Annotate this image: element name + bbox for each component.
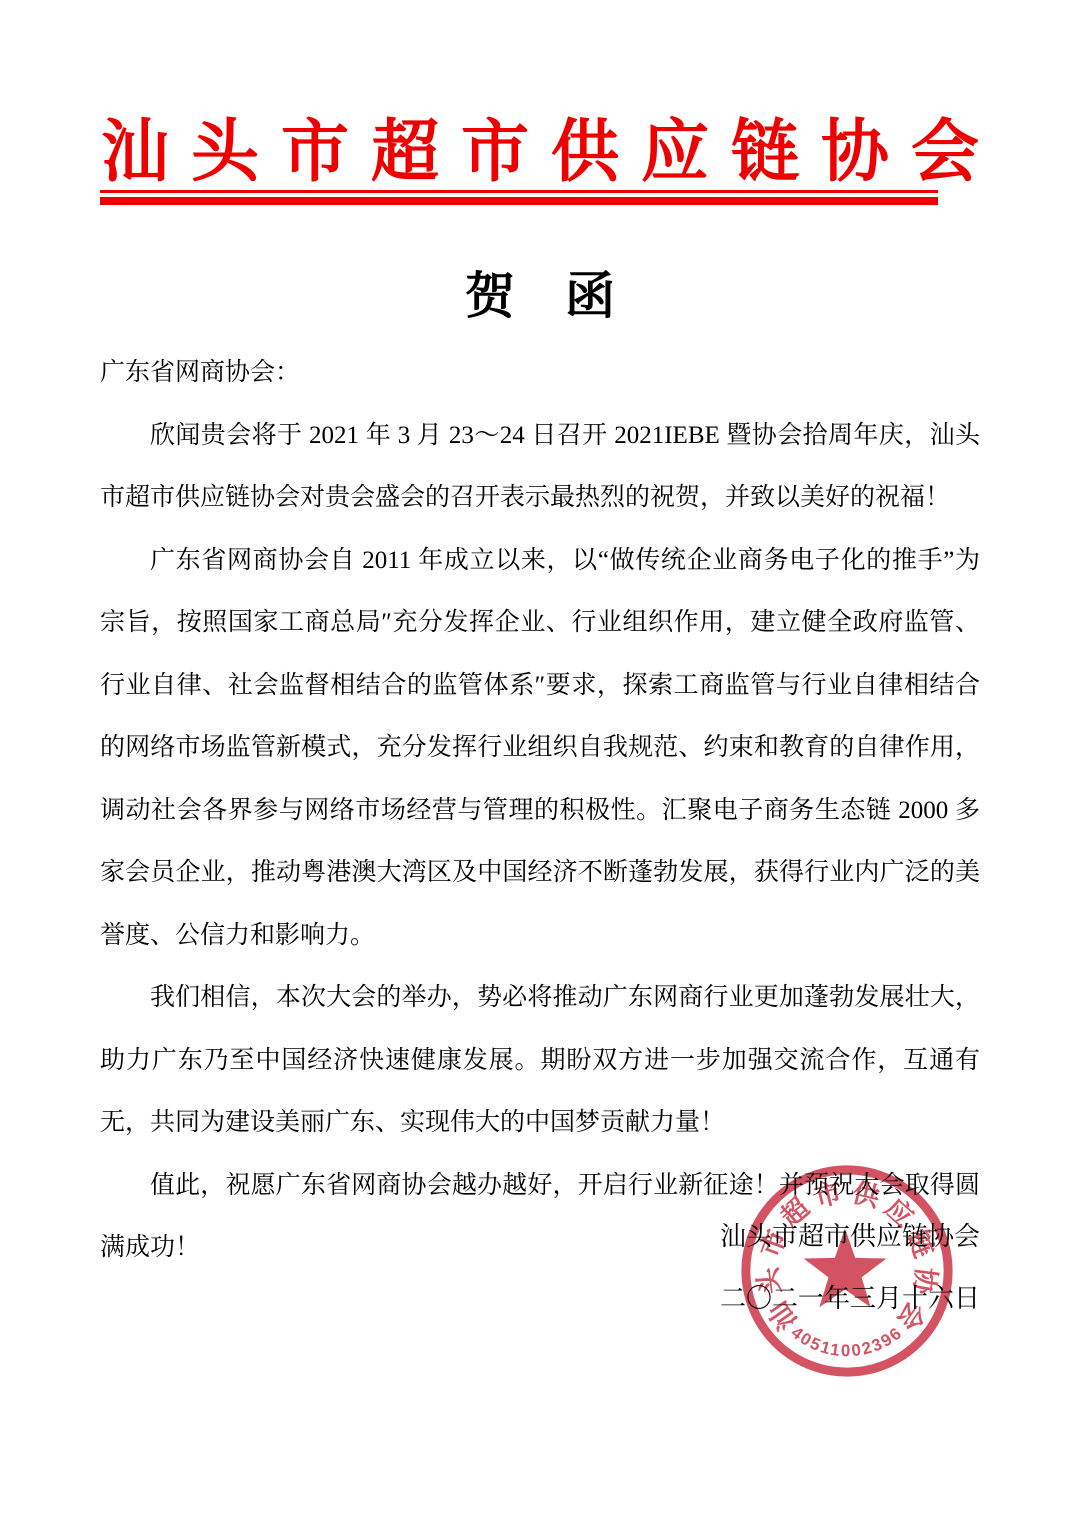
official-seal-stamp: 汕头市超市供应链协会 4405110023968: [733, 1157, 961, 1385]
seal-star-icon: [804, 1228, 887, 1307]
svg-text:协: 协: [908, 1266, 941, 1298]
svg-text:供: 供: [849, 1177, 882, 1213]
document-title: 贺 函: [0, 256, 1080, 328]
salutation: 广东省网商协会：: [100, 342, 980, 405]
svg-text:链: 链: [902, 1226, 940, 1262]
svg-text:市: 市: [812, 1177, 845, 1213]
letter-body: 广东省网商协会： 欣闻贵会将于 2021 年 3 月 23～24 日召开 202…: [100, 342, 980, 1280]
svg-text:头: 头: [753, 1264, 786, 1296]
paragraph-2: 广东省网商协会自 2011 年成立以来，以“做传统企业商务电子化的推手”为宗旨，…: [100, 530, 980, 968]
svg-text:市: 市: [755, 1226, 793, 1262]
divider-thick-line: [100, 197, 938, 205]
paragraph-1: 欣闻贵会将于 2021 年 3 月 23～24 日召开 2021IEBE 暨协会…: [100, 405, 980, 530]
paragraph-3: 我们相信，本次大会的举办，势必将推动广东网商行业更加蓬勃发展壮大，助力广东乃至中…: [100, 967, 980, 1155]
letterhead-org-name: 汕头市超市供应链协会: [0, 98, 1080, 195]
letter-page: 汕头市超市供应链协会 贺 函 广东省网商协会： 欣闻贵会将于 2021 年 3 …: [0, 0, 1080, 1528]
letterhead-divider: [100, 190, 938, 205]
